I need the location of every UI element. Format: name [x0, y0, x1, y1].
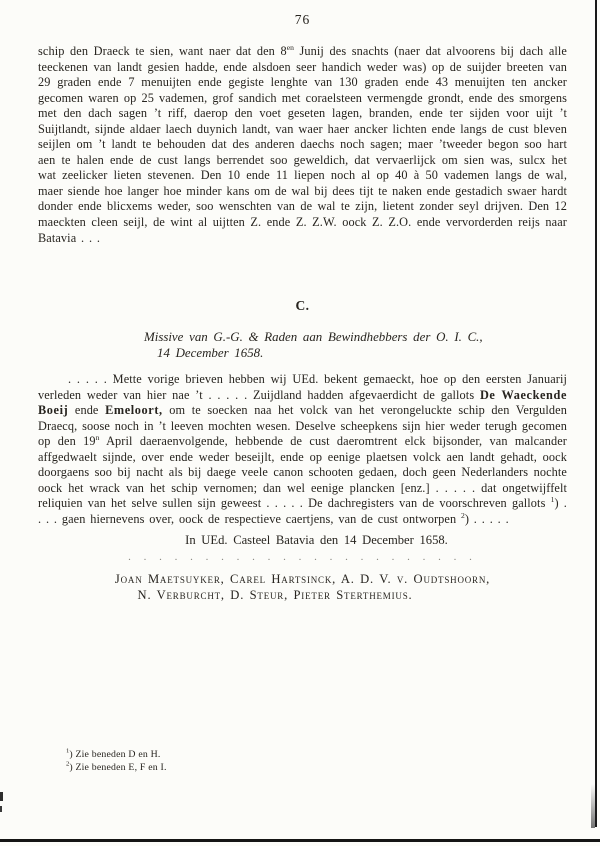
signatures: Joan Maetsuyker, Carel Hartsinck, A. D. …	[38, 571, 567, 604]
paragraph2-text-b: ende	[68, 403, 105, 417]
paragraph1-text-a: schip den Draeck te sien, want naer dat …	[38, 44, 287, 58]
missive-heading-line2: 14 December 1658.	[157, 345, 567, 361]
signature-line-2: N. Verburcht, D. Steur, Pieter Sterthemi…	[38, 587, 567, 604]
scan-artifact-right-edge-smudge	[591, 784, 595, 828]
section-heading-letter: C.	[38, 298, 567, 316]
footnote-2: 2) Zie beneden E, F en I.	[66, 761, 167, 774]
paragraph1-text-b: Junij des snachts (naer dat alvoorens bi…	[38, 44, 567, 245]
paragraph2-text-d: April daeraenvolgende, hebbende de cust …	[38, 434, 567, 510]
signature-ellipsis-row: . . . . . . . . . . . . . . . . . . . . …	[38, 551, 567, 563]
footnote-1-text: ) Zie beneden D en H.	[69, 749, 160, 760]
ship-name-emeloort: Emeloort,	[105, 403, 163, 417]
dateline: In UEd. Casteel Batavia den 14 December …	[38, 533, 567, 549]
missive-body-paragraph: . . . . . Mette vorige brieven hebben wi…	[38, 372, 567, 527]
scan-artifact-left-edge-mark	[0, 792, 3, 801]
signature-line-1: Joan Maetsuyker, Carel Hartsinck, A. D. …	[38, 571, 567, 588]
missive-heading-line1: Missive van G.-G. & Raden aan Bewindhebb…	[144, 329, 567, 345]
footnote-2-text: ) Zie beneden E, F en I.	[69, 762, 166, 773]
paragraph2-text-f: ) . . . . .	[465, 512, 509, 526]
missive-heading: Missive van G.-G. & Raden aan Bewindhebb…	[38, 329, 567, 361]
page-number: 76	[38, 0, 567, 30]
page-content: 76 schip den Draeck te sien, want naer d…	[0, 0, 600, 604]
scan-artifact-bottom-edge-line	[0, 839, 600, 842]
footnote-1: 1) Zie beneden D en H.	[66, 748, 167, 761]
paragraph-continuation: schip den Draeck te sien, want naer dat …	[38, 44, 567, 246]
scan-artifact-right-edge-line	[595, 0, 597, 827]
footnotes: 1) Zie beneden D en H. 2) Zie beneden E,…	[66, 748, 167, 774]
scan-artifact-left-edge-mark	[0, 806, 2, 812]
superscript-ordinal: en	[287, 43, 294, 52]
scanned-book-page: 76 schip den Draeck te sien, want naer d…	[0, 0, 600, 846]
